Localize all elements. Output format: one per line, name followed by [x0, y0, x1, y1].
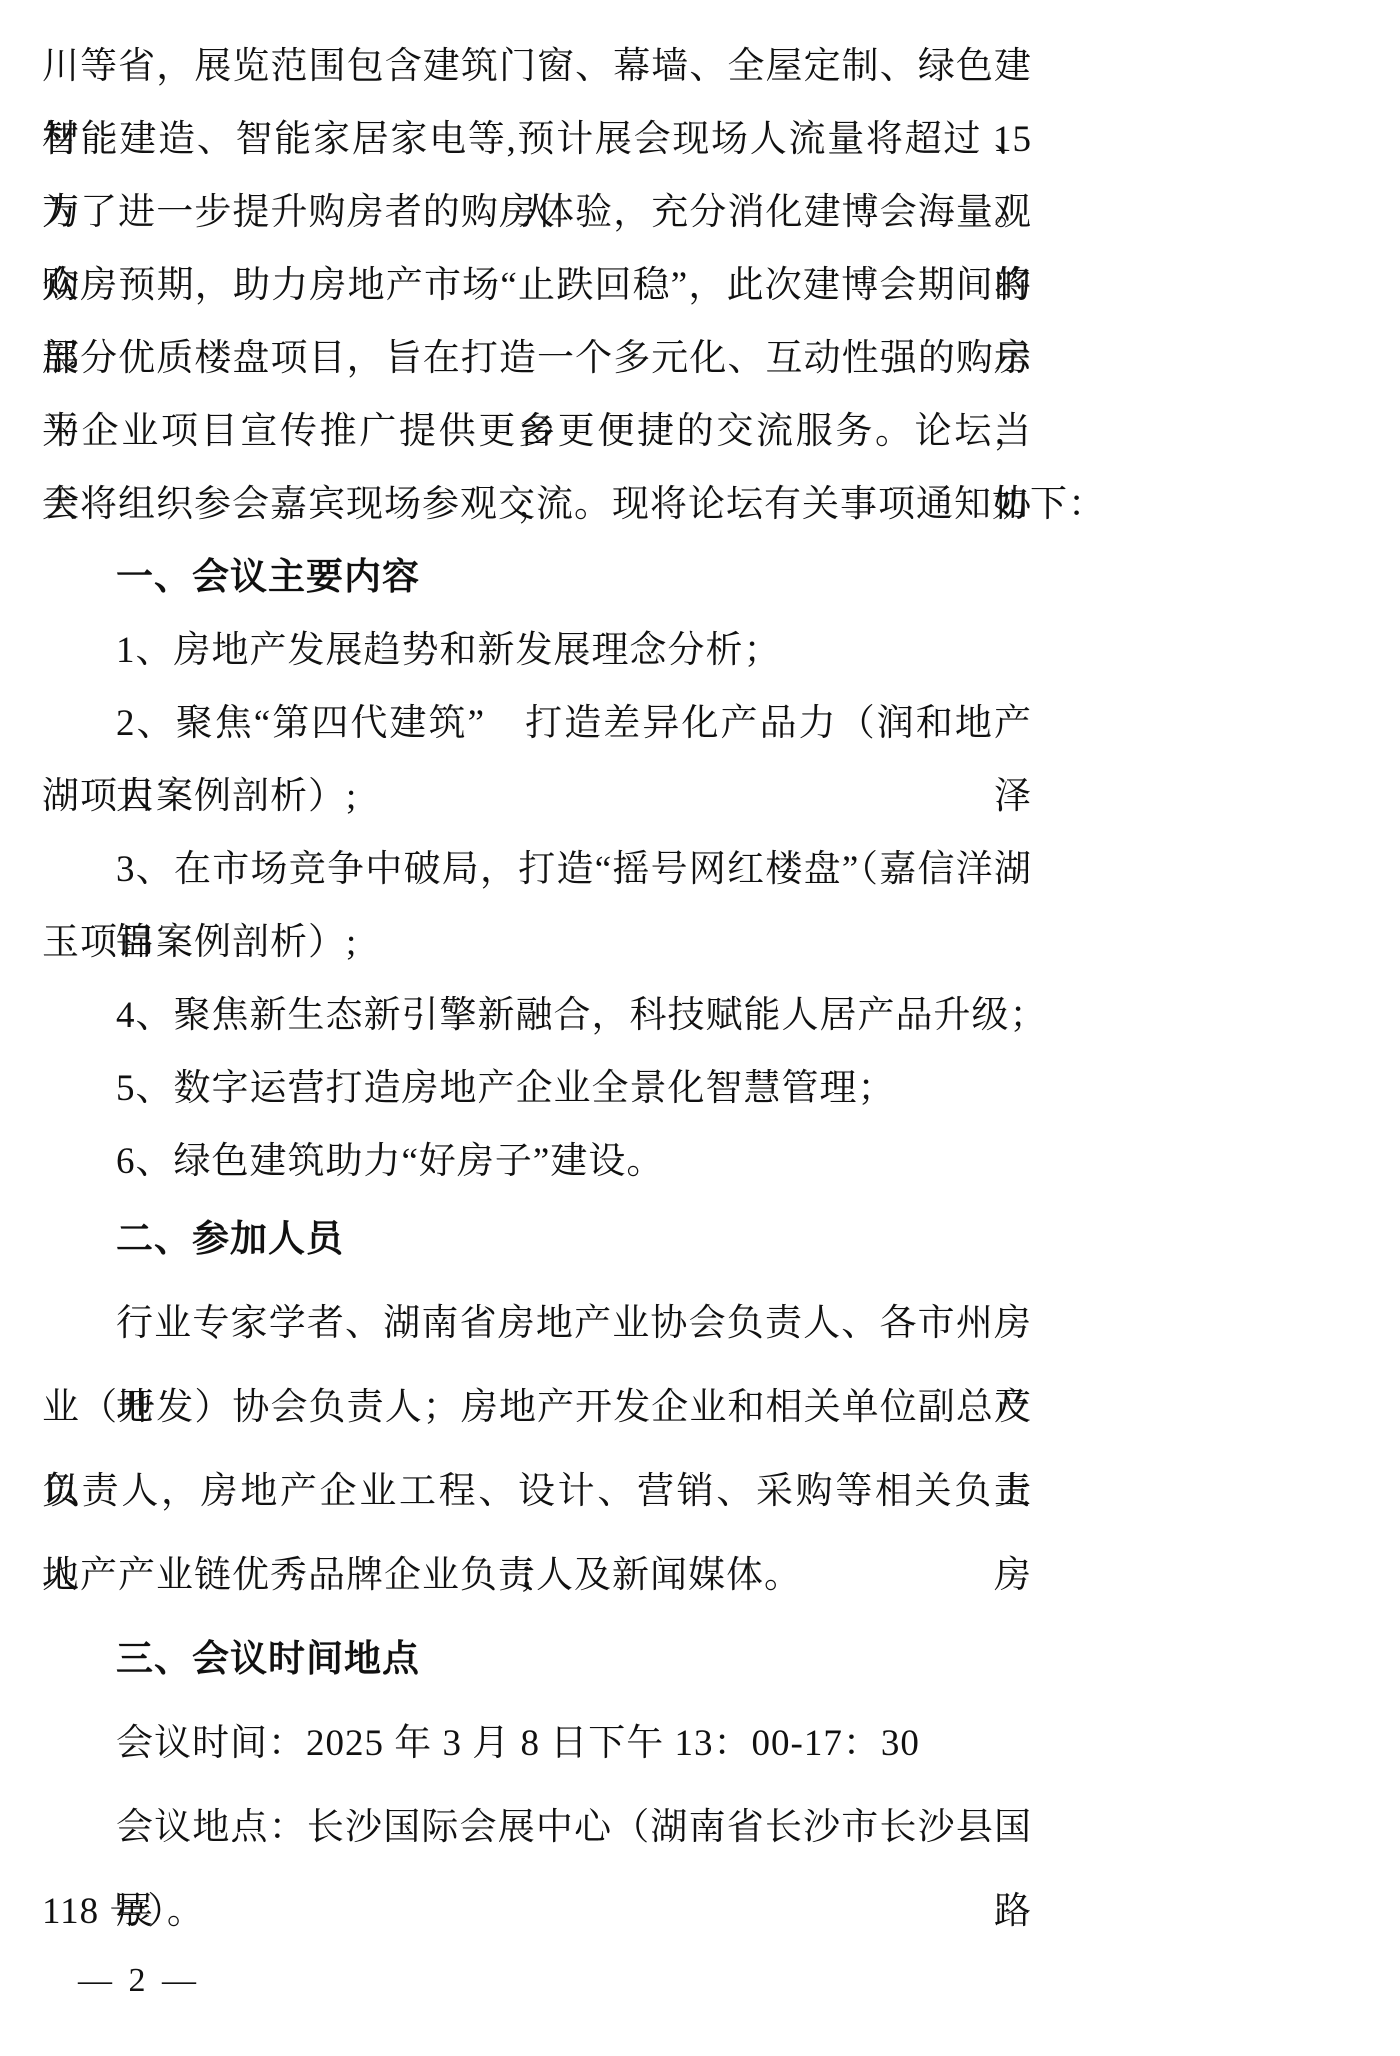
paragraph-line: 业（开发）协会负责人；房地产开发企业和相关单位副总及以上	[42, 1366, 1032, 1450]
list-item: 6、绿色建筑助力“好房子”建设。	[42, 1125, 1032, 1198]
document-body: 川等省，展览范围包含建筑门窗、幕墙、全屋定制、绿色建材、 智能建造、智能家居家电…	[42, 30, 1032, 1954]
paragraph-line: 为企业项目宣传推广提供更多更便捷的交流服务。论坛当天，协	[42, 395, 1032, 468]
paragraph-line: 部分优质楼盘项目，旨在打造一个多元化、互动性强的购房平台，	[42, 322, 1032, 395]
list-item: 4、聚焦新生态新引擎新融合，科技赋能人居产品升级；	[42, 979, 1032, 1052]
paragraph-line: 智能建造、智能家居家电等,预计展会现场人流量将超过 15 万人。	[42, 103, 1032, 176]
list-item-continuation: 玉项目案例剖析）;	[42, 906, 1032, 979]
paragraph-line: 为了进一步提升购房者的购房体验，充分消化建博会海量观众的	[42, 176, 1032, 249]
section-heading-2: 二、参加人员	[42, 1198, 1032, 1282]
section-heading-3: 三、会议时间地点	[42, 1618, 1032, 1702]
meeting-time-line: 会议时间：2025 年 3 月 8 日下午 13：00-17：30	[42, 1702, 1032, 1786]
list-item: 5、数字运营打造房地产企业全景化智慧管理；	[42, 1052, 1032, 1125]
section-heading-1: 一、会议主要内容	[42, 541, 1032, 614]
paragraph-line: 会将组织参会嘉宾现场参观交流。现将论坛有关事项通知如下：	[42, 468, 1032, 541]
list-item: 2、聚焦“第四代建筑” 打造差异化产品力（润和地产大泽	[42, 687, 1032, 760]
list-item: 3、在市场竞争中破局，打造“摇号网红楼盘”（嘉信洋湖锦	[42, 833, 1032, 906]
meeting-place-line: 会议地点：长沙国际会展中心（湖南省长沙市长沙县国展路	[42, 1786, 1032, 1870]
paragraph-line: 川等省，展览范围包含建筑门窗、幕墙、全屋定制、绿色建材、	[42, 30, 1032, 103]
paragraph-line: 购房预期，助力房地产市场“止跌回稳”，此次建博会期间将展示	[42, 249, 1032, 322]
list-item: 1、房地产发展趋势和新发展理念分析；	[42, 614, 1032, 687]
document-page: 川等省，展览范围包含建筑门窗、幕墙、全屋定制、绿色建材、 智能建造、智能家居家电…	[0, 0, 1400, 2056]
paragraph-line: 行业专家学者、湖南省房地产业协会负责人、各市州房地产	[42, 1282, 1032, 1366]
paragraph-line: 负责人，房地产企业工程、设计、营销、采购等相关负责人；房	[42, 1450, 1032, 1534]
page-number: — 2 —	[78, 1962, 200, 2000]
